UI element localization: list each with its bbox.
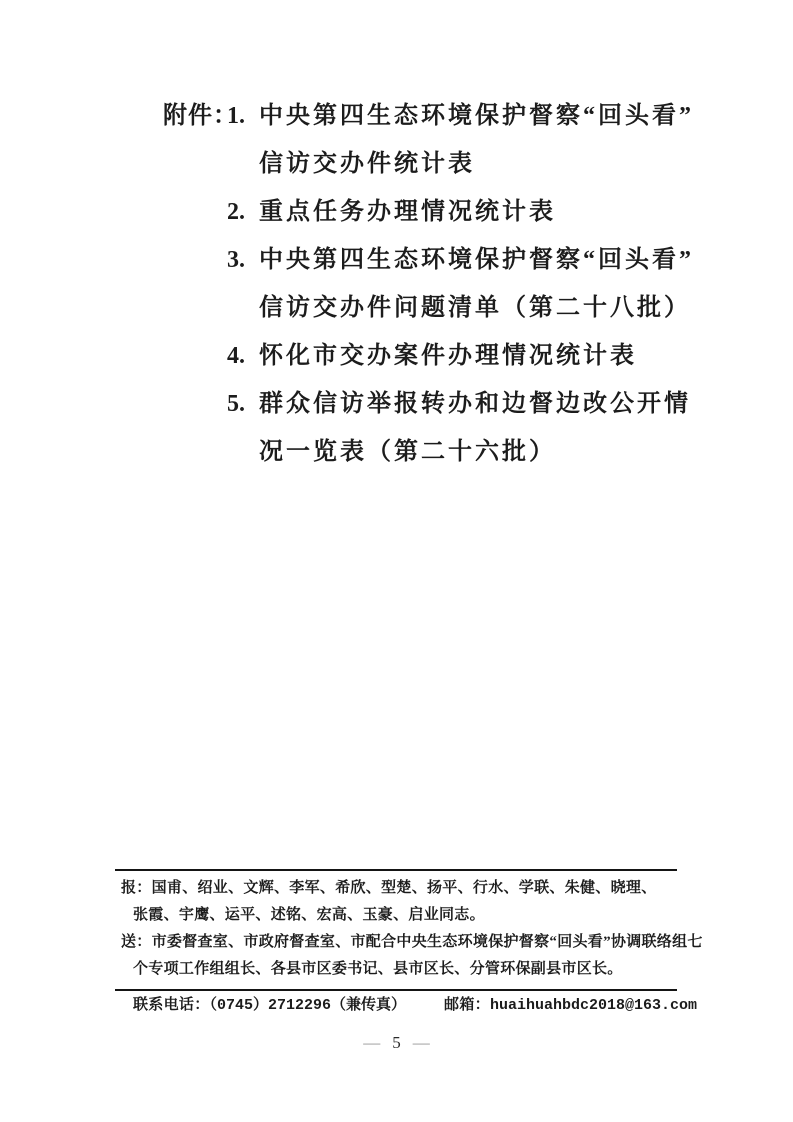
attachment-item-2-line-1: 2. 重点任务办理情况统计表 xyxy=(227,188,694,236)
phone-label: 联系电话： xyxy=(133,997,210,1013)
distribution-block: 报： 国甫、绍业、文辉、李军、希欣、型楚、扬平、行水、学联、朱健、晓理、 张霞、… xyxy=(115,869,677,991)
attachment-item-1-line-2: 信访交办件统计表 xyxy=(227,140,694,188)
document-page: 附件： 1. 中央第四生态环境保护督察“回头看” 信访交办件统计表 2. 重点任… xyxy=(0,0,793,1122)
page-number-left-dash: — xyxy=(363,1033,380,1052)
item-number: 2. xyxy=(227,188,259,236)
page-number-right-dash: — xyxy=(413,1033,430,1052)
item-number: 1. xyxy=(227,92,259,140)
attachment-label: 附件： xyxy=(163,92,227,140)
attachment-item-4-line-1: 4. 怀化市交办案件办理情况统计表 xyxy=(227,332,694,380)
item-text: 群众信访举报转办和边督边改公开情 xyxy=(259,380,691,428)
page-number-value: 5 xyxy=(392,1033,401,1052)
attachment-items: 1. 中央第四生态环境保护督察“回头看” 信访交办件统计表 2. 重点任务办理情… xyxy=(227,92,694,476)
report-line-1: 报： 国甫、绍业、文辉、李军、希欣、型楚、扬平、行水、学联、朱健、晓理、 xyxy=(115,875,677,902)
phone-number: （0745）2712296（兼传真） xyxy=(210,997,407,1014)
email-group: 邮箱：huaihuahbdc2018@163.com xyxy=(444,997,697,1013)
attachment-item-1-line-1: 1. 中央第四生态环境保护督察“回头看” xyxy=(227,92,694,140)
item-number: 4. xyxy=(227,332,259,380)
send-line-1: 送： 市委督查室、市政府督查室、市配合中央生态环境保护督察“回头看”协调联络组七 xyxy=(115,929,677,956)
email-address: huaihuahbdc2018@163.com xyxy=(490,997,697,1014)
report-line-2: 张霞、宇鹰、运平、述铭、宏高、玉豪、启业同志。 xyxy=(115,902,677,929)
item-text: 重点任务办理情况统计表 xyxy=(259,188,556,236)
page-number: —5— xyxy=(0,1030,793,1056)
item-number: 5. xyxy=(227,380,259,428)
item-text: 况一览表（第二十六批） xyxy=(259,428,556,476)
item-number-spacer xyxy=(227,140,259,188)
send-recipients: 市委督查室、市政府督查室、市配合中央生态环境保护督察“回头看”协调联络组七 xyxy=(152,929,703,956)
item-text: 怀化市交办案件办理情况统计表 xyxy=(259,332,637,380)
contact-line: 联系电话：（0745）2712296（兼传真）邮箱：huaihuahbdc201… xyxy=(133,993,697,1018)
send-line-2: 个专项工作组组长、各县市区委书记、县市区长、分管环保副县市区长。 xyxy=(115,956,677,983)
item-number-spacer xyxy=(227,284,259,332)
item-text: 信访交办件统计表 xyxy=(259,140,475,188)
attachment-item-5-line-2: 况一览表（第二十六批） xyxy=(227,428,694,476)
item-text: 中央第四生态环境保护督察“回头看” xyxy=(259,92,694,140)
item-number-spacer xyxy=(227,428,259,476)
attachment-list: 附件： 1. 中央第四生态环境保护督察“回头看” 信访交办件统计表 2. 重点任… xyxy=(163,92,694,476)
item-text: 信访交办件问题清单（第二十八批） xyxy=(259,284,691,332)
item-text: 中央第四生态环境保护督察“回头看” xyxy=(259,236,694,284)
attachment-item-3-line-1: 3. 中央第四生态环境保护督察“回头看” xyxy=(227,236,694,284)
attachment-item-3-line-2: 信访交办件问题清单（第二十八批） xyxy=(227,284,694,332)
report-names: 国甫、绍业、文辉、李军、希欣、型楚、扬平、行水、学联、朱健、晓理、 xyxy=(152,875,657,902)
item-number: 3. xyxy=(227,236,259,284)
report-label: 报： xyxy=(121,875,152,902)
attachment-item-5-line-1: 5. 群众信访举报转办和边督边改公开情 xyxy=(227,380,694,428)
email-label: 邮箱： xyxy=(444,997,490,1013)
send-label: 送： xyxy=(121,929,152,956)
